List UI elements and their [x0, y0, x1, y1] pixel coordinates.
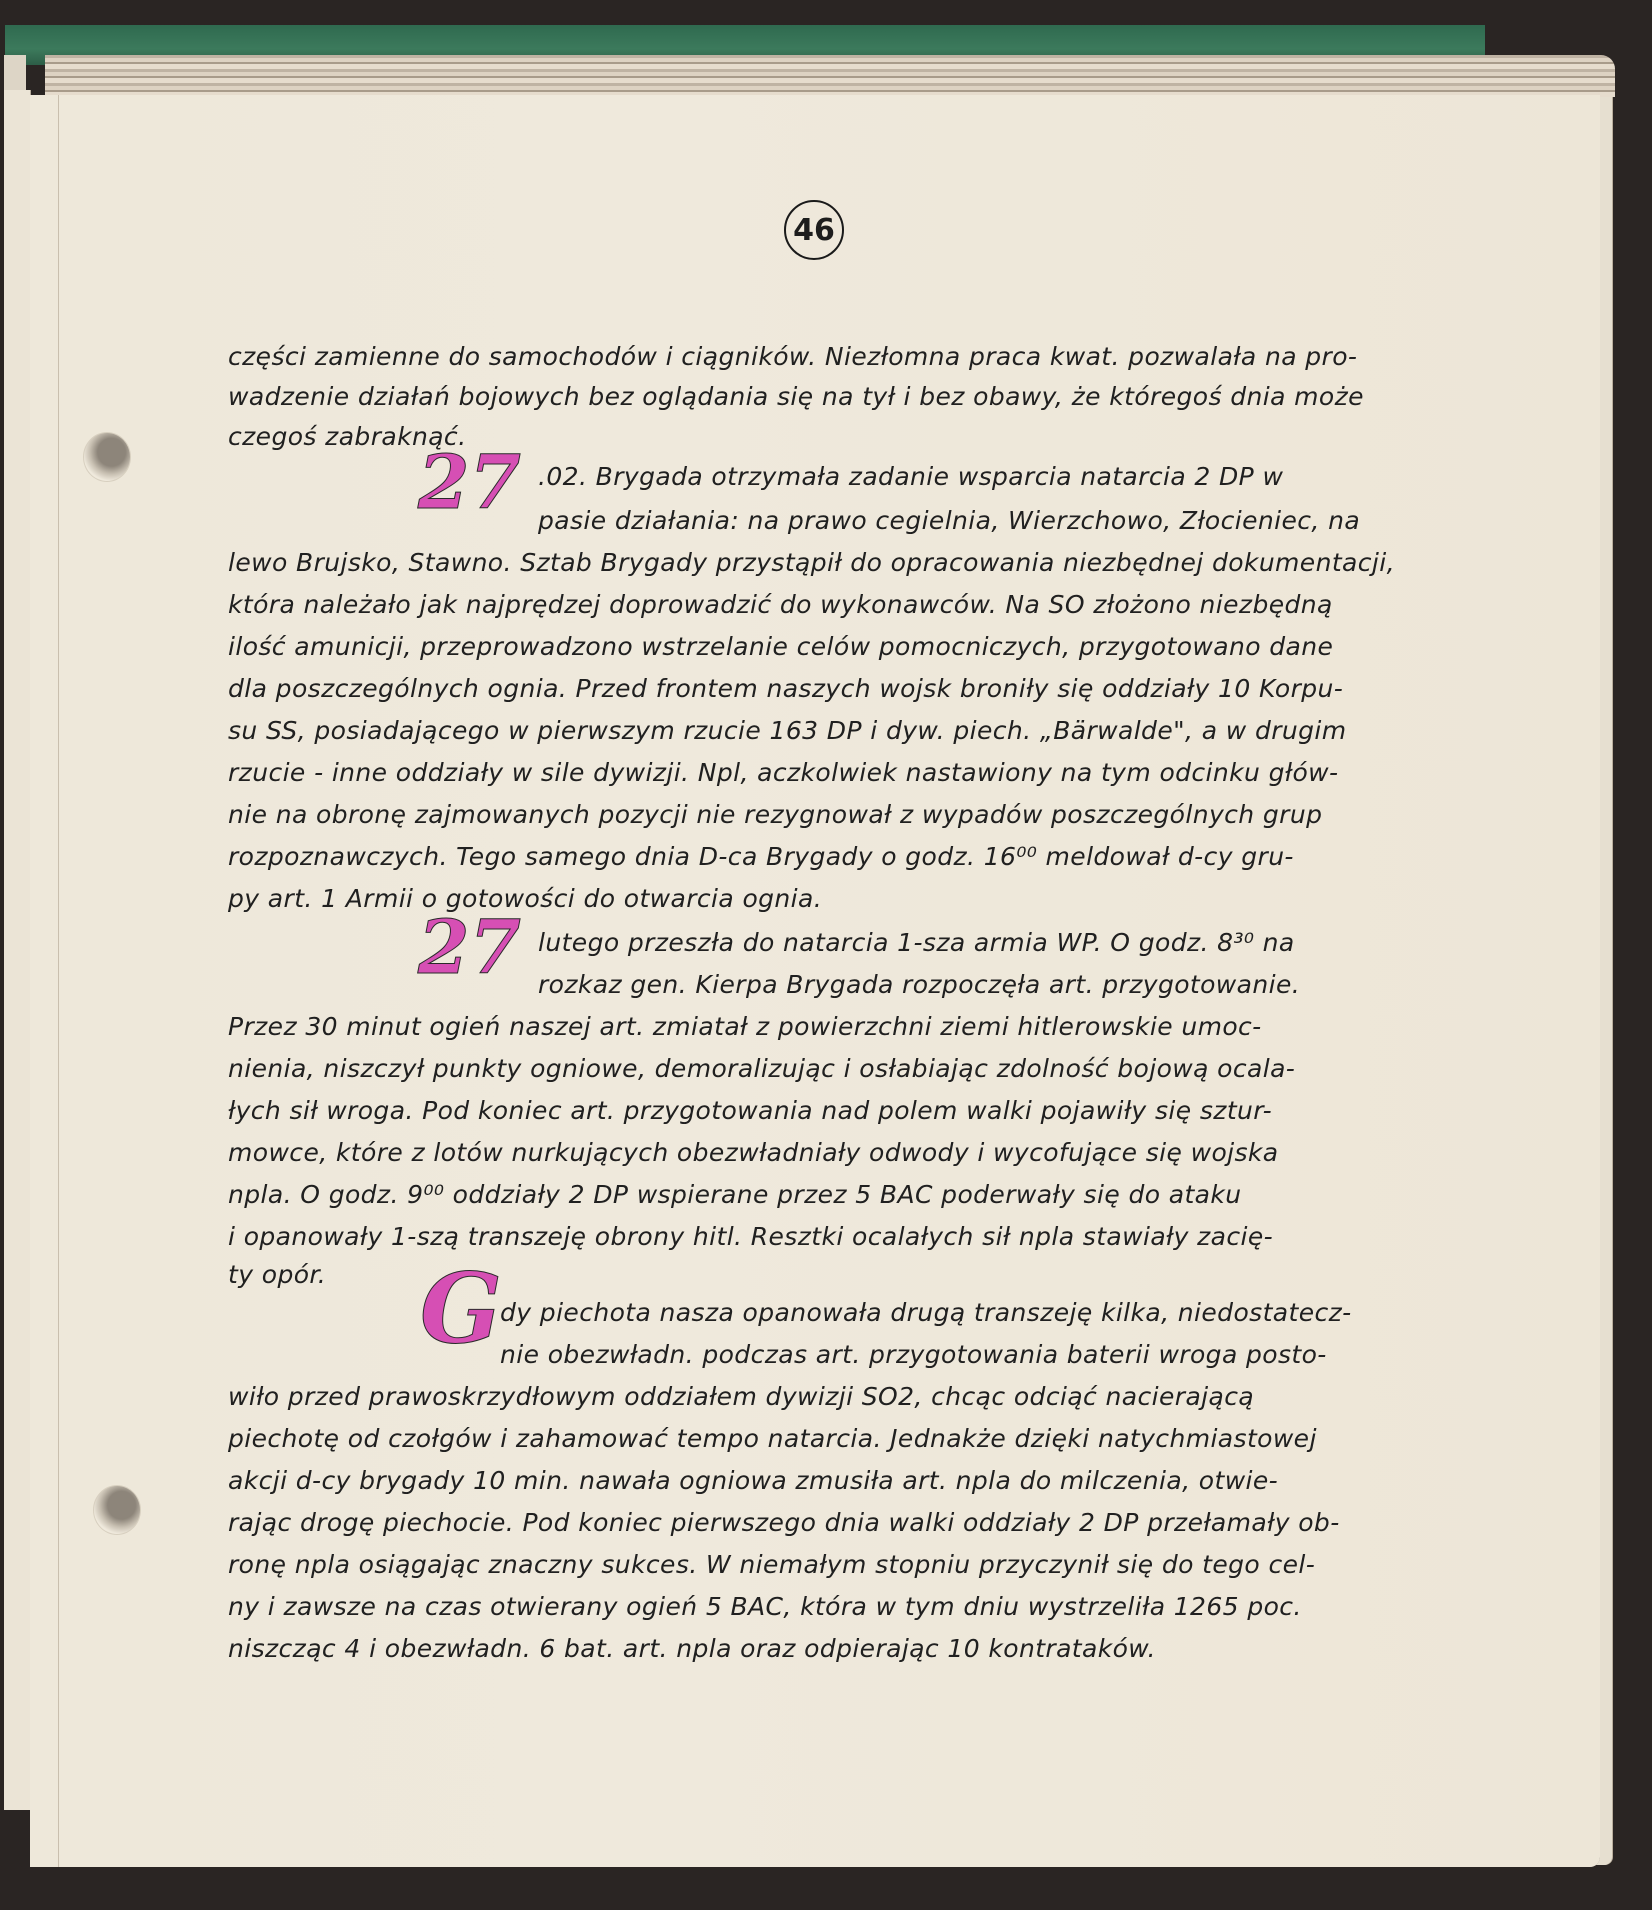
page-fold-line — [58, 95, 59, 1867]
page-number-circle: 46 — [784, 200, 844, 260]
text-line: niszcząc 4 i obezwładn. 6 bat. art. npla… — [228, 1634, 1156, 1663]
text-line: nie na obronę zajmowanych pozycji nie re… — [228, 800, 1322, 829]
text-line: rając drogę piechocie. Pod koniec pierws… — [228, 1508, 1340, 1537]
previous-page-edge — [4, 90, 31, 1810]
text-line: ronę npla osiągając znaczny sukces. W ni… — [228, 1550, 1315, 1579]
previous-page-stub — [4, 55, 26, 93]
text-line: ny i zawsze na czas otwierany ogień 5 BA… — [228, 1592, 1302, 1621]
text-line: su SS, posiadającego w pierwszym rzucie … — [228, 716, 1347, 745]
text-line: która należało jak najprędzej doprowadzi… — [228, 590, 1333, 619]
text-line: dla poszczególnych ognia. Przed frontem … — [228, 674, 1343, 703]
text-line: wiło przed prawoskrzydłowym oddziałem dy… — [228, 1382, 1254, 1411]
text-line: ty opór. — [228, 1260, 326, 1289]
text-line: Przez 30 minut ogień naszej art. zmiatał… — [228, 1012, 1262, 1041]
date-initial-27: 27 — [418, 905, 521, 991]
text-line: lutego przeszła do natarcia 1-sza armia … — [538, 928, 1295, 957]
text-line: rozpoznawczych. Tego samego dnia D-ca Br… — [228, 842, 1294, 871]
page-stack-edge — [45, 55, 1615, 97]
text-line: łych sił wroga. Pod koniec art. przygoto… — [228, 1096, 1272, 1125]
text-line: nie obezwładn. podczas art. przygotowani… — [500, 1340, 1327, 1369]
punch-hole-top — [83, 432, 131, 482]
initial-letter-g: G — [420, 1252, 502, 1365]
text-line: pasie działania: na prawo cegielnia, Wie… — [538, 506, 1360, 535]
text-line: akcji d-cy brygady 10 min. nawała ogniow… — [228, 1466, 1278, 1495]
page-number: 46 — [793, 213, 835, 248]
text-line: npla. O godz. 9⁰⁰ oddziały 2 DP wspieran… — [228, 1180, 1242, 1209]
text-line: py art. 1 Armii o gotowości do otwarcia … — [228, 884, 822, 913]
text-line: lewo Brujsko, Stawno. Sztab Brygady przy… — [228, 548, 1395, 577]
text-line: .02. Brygada otrzymała zadanie wsparcia … — [538, 462, 1283, 491]
text-line: i opanowały 1-szą transzeję obrony hitl.… — [228, 1222, 1273, 1251]
text-line: nienia, niszczył punkty ogniowe, demoral… — [228, 1054, 1295, 1083]
text-line: ilość amunicji, przeprowadzono wstrzelan… — [228, 632, 1333, 661]
text-line: części zamienne do samochodów i ciągnikó… — [228, 342, 1357, 371]
text-line: rzucie - inne oddziały w sile dywizji. N… — [228, 758, 1338, 787]
text-line: mowce, które z lotów nurkujących obezwła… — [228, 1138, 1279, 1167]
text-line: piechotę od czołgów i zahamować tempo na… — [228, 1424, 1317, 1453]
date-initial-27: 27 — [418, 440, 521, 526]
punch-hole-bottom — [93, 1485, 141, 1535]
text-line: dy piechota nasza opanowała drugą transz… — [500, 1298, 1352, 1327]
text-line: wadzenie działań bojowych bez oglądania … — [228, 382, 1364, 411]
text-line: rozkaz gen. Kierpa Brygada rozpoczęła ar… — [538, 970, 1300, 999]
